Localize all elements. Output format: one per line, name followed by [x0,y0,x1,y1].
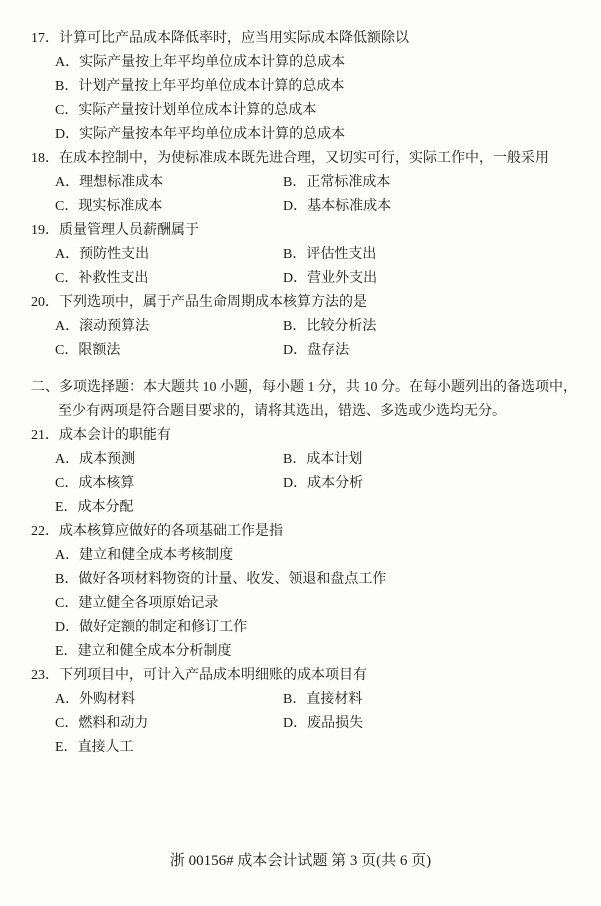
option-text: 建立和健全成本考核制度 [79,548,233,563]
option-row: C．现实标准成本 [55,195,283,219]
option-row: A．成本预测 [55,448,283,472]
option-text: 直接人工 [78,740,134,755]
question-number: 20． [31,291,59,315]
option-row: D．成本分析 [283,472,595,496]
option-label: B． [283,171,306,195]
question-number: 22． [31,520,59,544]
option-row: E．成本分配 [55,496,283,520]
option-label: C． [55,99,78,123]
option-row: C．成本核算 [55,472,283,496]
question-text: 下列项目中，可计入产品成本明细账的成本项目有 [59,664,595,688]
option-row: C．补救性支出 [55,267,283,291]
option-text: 比较分析法 [306,319,376,334]
option-label: A． [55,544,79,568]
question-head: 20． 下列选项中，属于产品生命周期成本核算方法的是 [31,291,595,315]
option-text: 成本计划 [306,452,362,467]
option-row: A．建立和健全成本考核制度 [55,544,595,568]
question-number: 18． [31,147,59,171]
option-text: 理想标准成本 [79,175,163,190]
question-20: 20． 下列选项中，属于产品生命周期成本核算方法的是 A．滚动预算法 B．比较分… [31,291,595,363]
question-number: 21． [31,424,59,448]
option-row: D．实际产量按本年平均单位成本计算的总成本 [55,123,595,147]
options-list: A．建立和健全成本考核制度 B．做好各项材料物资的计量、收发、领退和盘点工作 C… [55,544,595,664]
question-text: 成本核算应做好的各项基础工作是指 [59,520,595,544]
question-17: 17． 计算可比产品成本降低率时，应当用实际成本降低额除以 A．实际产量按上年平… [31,27,595,147]
question-head: 23． 下列项目中，可计入产品成本明细账的成本项目有 [31,664,595,688]
option-row: B．正常标准成本 [283,171,595,195]
option-text: 外购材料 [79,692,135,707]
question-number: 19． [31,219,59,243]
option-row: C．限额法 [55,339,283,363]
option-label: B． [283,243,306,267]
option-row: D．营业外支出 [283,267,595,291]
question-number: 23． [31,664,59,688]
question-19: 19． 质量管理人员薪酬属于 A．预防性支出 B．评估性支出 C．补救性支出 D… [31,219,595,291]
option-text: 建立健全各项原始记录 [78,596,218,611]
option-text: 盘存法 [307,343,349,358]
option-row: D．做好定额的制定和修订工作 [55,616,595,640]
option-label: A． [55,171,79,195]
options-list: A．滚动预算法 B．比较分析法 C．限额法 D．盘存法 [55,315,595,363]
question-head: 17． 计算可比产品成本降低率时，应当用实际成本降低额除以 [31,27,595,51]
options-list: A．预防性支出 B．评估性支出 C．补救性支出 D．营业外支出 [55,243,595,291]
options-list: A．实际产量按上年平均单位成本计算的总成本 B．计划产量按上年平均单位成本计算的… [55,51,595,147]
option-label: D． [55,616,79,640]
question-number: 17． [31,27,59,51]
option-text: 做好定额的制定和修订工作 [79,620,247,635]
option-label: D． [283,712,307,736]
options-list: A．成本预测 B．成本计划 C．成本核算 D．成本分析 E．成本分配 [55,448,595,520]
question-text: 质量管理人员薪酬属于 [59,219,595,243]
option-text: 营业外支出 [307,271,377,286]
option-text: 滚动预算法 [79,319,149,334]
option-text: 成本分析 [307,476,363,491]
option-row: C．实际产量按计划单位成本计算的总成本 [55,99,595,123]
option-text: 计划产量按上年平均单位成本计算的总成本 [78,79,344,94]
option-row: B．成本计划 [283,448,595,472]
option-label: B． [55,568,78,592]
question-23: 23． 下列项目中，可计入产品成本明细账的成本项目有 A．外购材料 B．直接材料… [31,664,595,760]
option-label: B． [55,75,78,99]
option-text: 预防性支出 [79,247,149,262]
option-label: C． [55,267,78,291]
option-row: A．外购材料 [55,688,283,712]
option-label: C． [55,195,78,219]
question-22: 22． 成本核算应做好的各项基础工作是指 A．建立和健全成本考核制度 B．做好各… [31,520,595,664]
option-label: C． [55,592,78,616]
option-row: B．评估性支出 [283,243,595,267]
option-label: E． [55,640,78,664]
option-row: E．建立和健全成本分析制度 [55,640,595,664]
option-label: C． [55,339,78,363]
option-text: 成本预测 [79,452,135,467]
option-label: C． [55,472,78,496]
option-text: 成本分配 [78,500,134,515]
option-label: C． [55,712,78,736]
option-label: A． [55,448,79,472]
option-label: D． [283,195,307,219]
option-label: A． [55,688,79,712]
option-text: 直接材料 [306,692,362,707]
option-label: E． [55,736,78,760]
option-text: 实际产量按上年平均单位成本计算的总成本 [79,55,345,70]
option-label: E． [55,496,78,520]
exam-content: 17． 计算可比产品成本降低率时，应当用实际成本降低额除以 A．实际产量按上年平… [0,0,601,760]
option-text: 基本标准成本 [307,199,391,214]
option-row: B．直接材料 [283,688,595,712]
section-text-line1: 多项选择题：本大题共 10 小题，每小题 1 分，共 10 分。在每小题列出的备… [59,376,595,400]
page-footer: 浙 00156# 成本会计试题 第 3 页(共 6 页) [0,851,601,871]
question-head: 22． 成本核算应做好的各项基础工作是指 [31,520,595,544]
question-text: 在成本控制中，为使标准成本既先进合理，又切实可行，实际工作中，一般采用 [59,147,595,171]
option-text: 限额法 [78,343,120,358]
option-text: 成本核算 [78,476,134,491]
question-18: 18． 在成本控制中，为使标准成本既先进合理，又切实可行，实际工作中，一般采用 … [31,147,595,219]
exam-paper-page: 17． 计算可比产品成本降低率时，应当用实际成本降低额除以 A．实际产量按上年平… [0,0,601,906]
option-label: B． [283,448,306,472]
question-text: 下列选项中，属于产品生命周期成本核算方法的是 [59,291,595,315]
option-label: D． [283,267,307,291]
question-head: 19． 质量管理人员薪酬属于 [31,219,595,243]
section-head-line1: 二、 多项选择题：本大题共 10 小题，每小题 1 分，共 10 分。在每小题列… [31,376,595,400]
option-row: C．燃料和动力 [55,712,283,736]
option-text: 评估性支出 [306,247,376,262]
option-label: B． [283,688,306,712]
section-text-line2: 至少有两项是符合题目要求的，请将其选出，错选、多选或少选均无分。 [58,400,595,424]
option-text: 建立和健全成本分析制度 [78,644,232,659]
option-row: D．废品损失 [283,712,595,736]
question-head: 21． 成本会计的职能有 [31,424,595,448]
option-label: B． [283,315,306,339]
option-text: 做好各项材料物资的计量、收发、领退和盘点工作 [78,572,386,587]
question-text: 成本会计的职能有 [59,424,595,448]
option-label: D． [283,472,307,496]
option-row: D．盘存法 [283,339,595,363]
option-text: 实际产量按本年平均单位成本计算的总成本 [79,127,345,142]
option-text: 燃料和动力 [78,716,148,731]
option-text: 现实标准成本 [78,199,162,214]
option-row: B．比较分析法 [283,315,595,339]
option-row: B．做好各项材料物资的计量、收发、领退和盘点工作 [55,568,595,592]
option-row: A．实际产量按上年平均单位成本计算的总成本 [55,51,595,75]
option-row: B．计划产量按上年平均单位成本计算的总成本 [55,75,595,99]
option-row: A．理想标准成本 [55,171,283,195]
question-text: 计算可比产品成本降低率时，应当用实际成本降低额除以 [59,27,595,51]
option-label: A． [55,51,79,75]
option-label: A． [55,315,79,339]
option-row: A．预防性支出 [55,243,283,267]
section-marker: 二、 [31,376,59,400]
option-text: 补救性支出 [78,271,148,286]
option-text: 正常标准成本 [306,175,390,190]
option-row: C．建立健全各项原始记录 [55,592,595,616]
option-label: A． [55,243,79,267]
option-row: E．直接人工 [55,736,283,760]
option-label: D． [283,339,307,363]
option-text: 废品损失 [307,716,363,731]
section-2-header: 二、 多项选择题：本大题共 10 小题，每小题 1 分，共 10 分。在每小题列… [31,376,595,424]
question-21: 21． 成本会计的职能有 A．成本预测 B．成本计划 C．成本核算 D．成本分析… [31,424,595,520]
options-list: A．外购材料 B．直接材料 C．燃料和动力 D．废品损失 E．直接人工 [55,688,595,760]
option-text: 实际产量按计划单位成本计算的总成本 [78,103,316,118]
option-row: A．滚动预算法 [55,315,283,339]
question-head: 18． 在成本控制中，为使标准成本既先进合理，又切实可行，实际工作中，一般采用 [31,147,595,171]
option-row: D．基本标准成本 [283,195,595,219]
option-label: D． [55,123,79,147]
options-list: A．理想标准成本 B．正常标准成本 C．现实标准成本 D．基本标准成本 [55,171,595,219]
